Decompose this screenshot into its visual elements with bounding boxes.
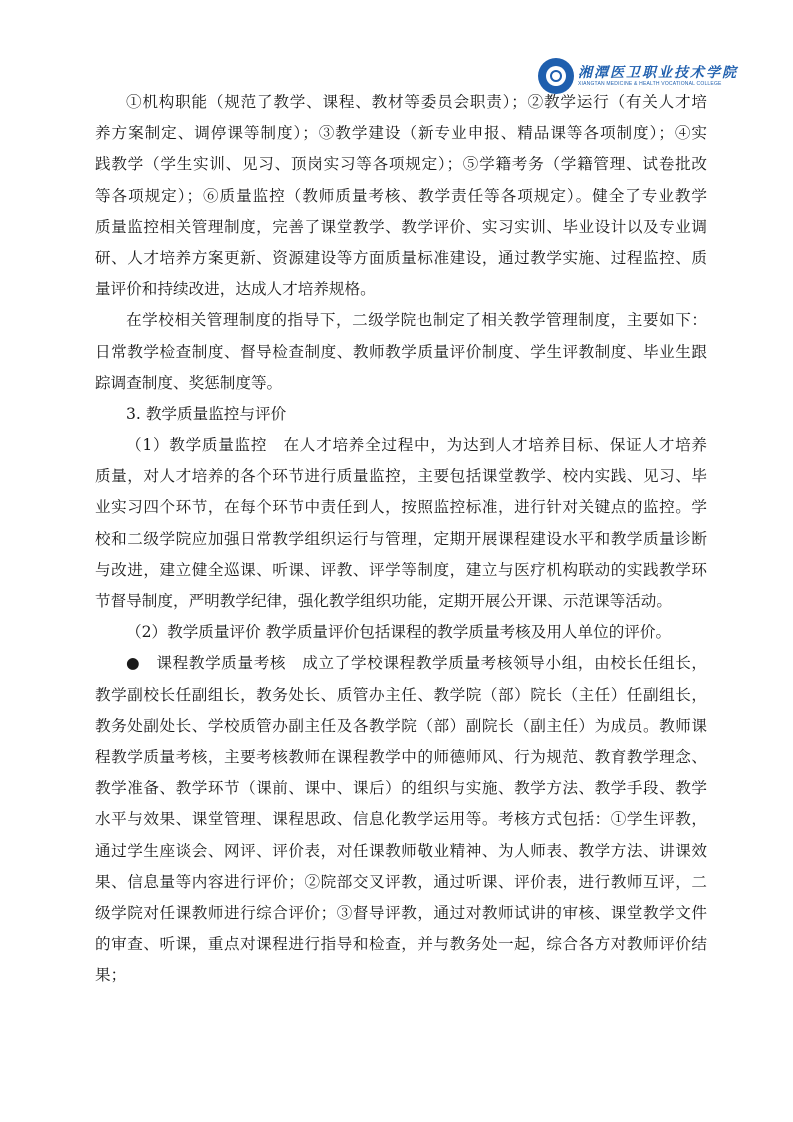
paragraph-line: 踪调查制度、奖惩制度等。 xyxy=(95,368,707,399)
paragraph-line: （2）教学质量评价 教学质量评价包括课程的教学质量考核及用人单位的评价。 xyxy=(95,617,707,648)
paragraph-line: 研、人才培养方案更新、资源建设等方面质量标准建设，通过教学实施、过程监控、质 xyxy=(95,243,707,274)
paragraph-line: 日常教学检查制度、督导检查制度、教师教学质量评价制度、学生评教制度、毕业生跟 xyxy=(95,337,707,368)
paragraph-line: 在学校相关管理制度的指导下，二级学院也制定了相关教学管理制度，主要如下： xyxy=(95,305,707,336)
paragraph-line: 通过学生座谈会、网评、评价表，对任课教师敬业精神、为人师表、教学方法、讲课效 xyxy=(95,836,707,867)
paragraph-line: 等各项规定）；⑥质量监控（教师质量考核、教学责任等各项规定）。健全了专业教学 xyxy=(95,181,707,212)
paragraph-line: 果、信息量等内容进行评价；②院部交叉评教，通过听课、评价表，进行教师互评，二 xyxy=(95,867,707,898)
document-body: ①机构职能（规范了教学、课程、教材等委员会职责）；②教学运行（有关人才培 养方案… xyxy=(95,87,707,991)
paragraph-line: 践教学（学生实训、见习、顶岗实习等各项规定）；⑤学籍考务（学籍管理、试卷批改 xyxy=(95,149,707,180)
paragraph-line: 教学准备、教学环节（课前、课中、课后）的组织与实施、教学方法、教学手段、教学 xyxy=(95,773,707,804)
paragraph-line: 业实习四个环节，在每个环节中责任到人，按照监控标准，进行针对关键点的监控。学 xyxy=(95,492,707,523)
paragraph-line: 节督导制度，严明教学纪律，强化教学组织功能，定期开展公开课、示范课等活动。 xyxy=(95,586,707,617)
paragraph-line: 果； xyxy=(95,960,707,991)
paragraph-line: 程教学质量考核，主要考核教师在课程教学中的师德师风、行为规范、教育教学理念、 xyxy=(95,742,707,773)
paragraph-line: ①机构职能（规范了教学、课程、教材等委员会职责）；②教学运行（有关人才培 xyxy=(95,87,707,118)
paragraph-line: 的审查、听课，重点对课程进行指导和检查，并与教务处一起，综合各方对教师评价结 xyxy=(95,929,707,960)
paragraph-line: 级学院对任课教师进行综合评价；③督导评教，通过对教师试讲的审核、课堂教学文件 xyxy=(95,898,707,929)
paragraph-line: 与改进，建立健全巡课、听课、评教、评学等制度，建立与医疗机构联动的实践教学环 xyxy=(95,555,707,586)
paragraph-line: 量评价和持续改进，达成人才培养规格。 xyxy=(95,274,707,305)
college-wordmark: 湘潭医卫职业技术学院 XIANGTAN MEDICINE & HEALTH VO… xyxy=(578,65,738,88)
institution-name-cn: 湘潭医卫职业技术学院 xyxy=(578,65,738,81)
paragraph-line: 校和二级学院应加强日常教学组织运行与管理，定期开展课程建设水平和教学质量诊断 xyxy=(95,524,707,555)
paragraph-line: 质量监控相关管理制度，完善了课堂教学、教学评价、实习实训、毕业设计以及专业调 xyxy=(95,212,707,243)
section-heading: 3. 教学质量监控与评价 xyxy=(95,399,707,430)
bullet-item: ● 课程教学质量考核 成立了学校课程教学质量考核领导小组，由校长任组长， xyxy=(95,648,707,679)
paragraph-line: 教学副校长任副组长，教务处长、质管办主任、教学院（部）院长（主任）任副组长， xyxy=(95,680,707,711)
paragraph-line: 质量，对人才培养的各个环节进行质量监控，主要包括课堂教学、校内实践、见习、毕 xyxy=(95,461,707,492)
paragraph-line: （1）教学质量监控 在人才培养全过程中，为达到人才培养目标、保证人才培养 xyxy=(95,430,707,461)
paragraph-line: 养方案制定、调停课等制度）；③教学建设（新专业申报、精品课等各项制度）；④实 xyxy=(95,118,707,149)
paragraph-line: 教务处副处长、学校质管办副主任及各教学院（部）副院长（副主任）为成员。教师课 xyxy=(95,711,707,742)
paragraph-line: 水平与效果、课堂管理、课程思政、信息化教学运用等。考核方式包括：①学生评教， xyxy=(95,804,707,835)
